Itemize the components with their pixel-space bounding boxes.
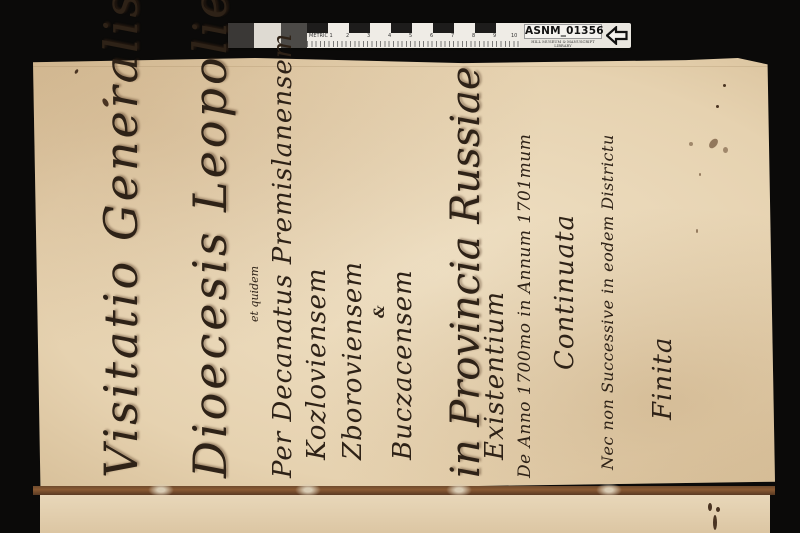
- scale-number: 8: [472, 33, 475, 39]
- manuscript-line-decanatus: Per Decanatus Premislanensem: [268, 33, 298, 478]
- manuscript-line-finita: Finita: [648, 337, 678, 420]
- manuscript-line-successive: Nec non Successive in eodem Districtu: [598, 134, 617, 470]
- ink-spot: [707, 137, 719, 150]
- institution-name: HILL MUSEUM & MANUSCRIPT LIBRARY: [524, 40, 602, 48]
- manuscript-line-kozloviensem: Kozloviensem: [302, 267, 332, 460]
- ink-spot: [696, 229, 698, 233]
- ink-spot: [708, 503, 712, 511]
- metric-label: METRIC 1: [309, 33, 333, 39]
- ink-spot: [716, 105, 719, 108]
- ink-spot: [713, 515, 717, 530]
- scale-number: 2: [346, 33, 349, 39]
- left-arrow-icon: [606, 26, 628, 45]
- ink-spot: [723, 84, 726, 87]
- manuscript-line-continuata: Continuata: [550, 214, 580, 370]
- manuscript-line-et-quidem: et quidem: [248, 266, 261, 322]
- scale-number: 3: [367, 33, 370, 39]
- facing-page: [40, 495, 770, 533]
- scale-number: 10: [511, 33, 517, 39]
- manuscript-line-anno: De Anno 1700mo in Annum 1701mum: [515, 134, 535, 478]
- manuscript-line-ampersand: &: [372, 305, 388, 318]
- manuscript-line-buczacensem: Buczacensem: [388, 269, 418, 460]
- metric-scale: METRIC 1 2 3 4 5 6 7 8 9 10: [307, 23, 520, 48]
- ink-spot: [723, 147, 728, 153]
- manuscript-line-title: Visitatio Generalis: [94, 0, 148, 478]
- manuscript-line-existentium: Existentium: [480, 291, 510, 460]
- accession-id: ASNM_01356: [524, 24, 602, 39]
- book-spine-binding: [33, 486, 775, 495]
- scale-number: 6: [430, 33, 433, 39]
- ruler-ticks: [307, 41, 520, 47]
- ink-spot: [689, 142, 693, 146]
- ink-spot: [74, 69, 79, 75]
- ink-spot: [716, 507, 720, 512]
- manuscript-line-zboroviensem: Zboroviensem: [338, 261, 368, 460]
- scale-number: 7: [451, 33, 454, 39]
- scale-number: 5: [409, 33, 412, 39]
- manuscript-line-diocese: Dioecesis Leopoliensis: [183, 0, 237, 478]
- scale-number: 4: [388, 33, 391, 39]
- scale-number: 9: [493, 33, 496, 39]
- ink-spot: [699, 173, 701, 176]
